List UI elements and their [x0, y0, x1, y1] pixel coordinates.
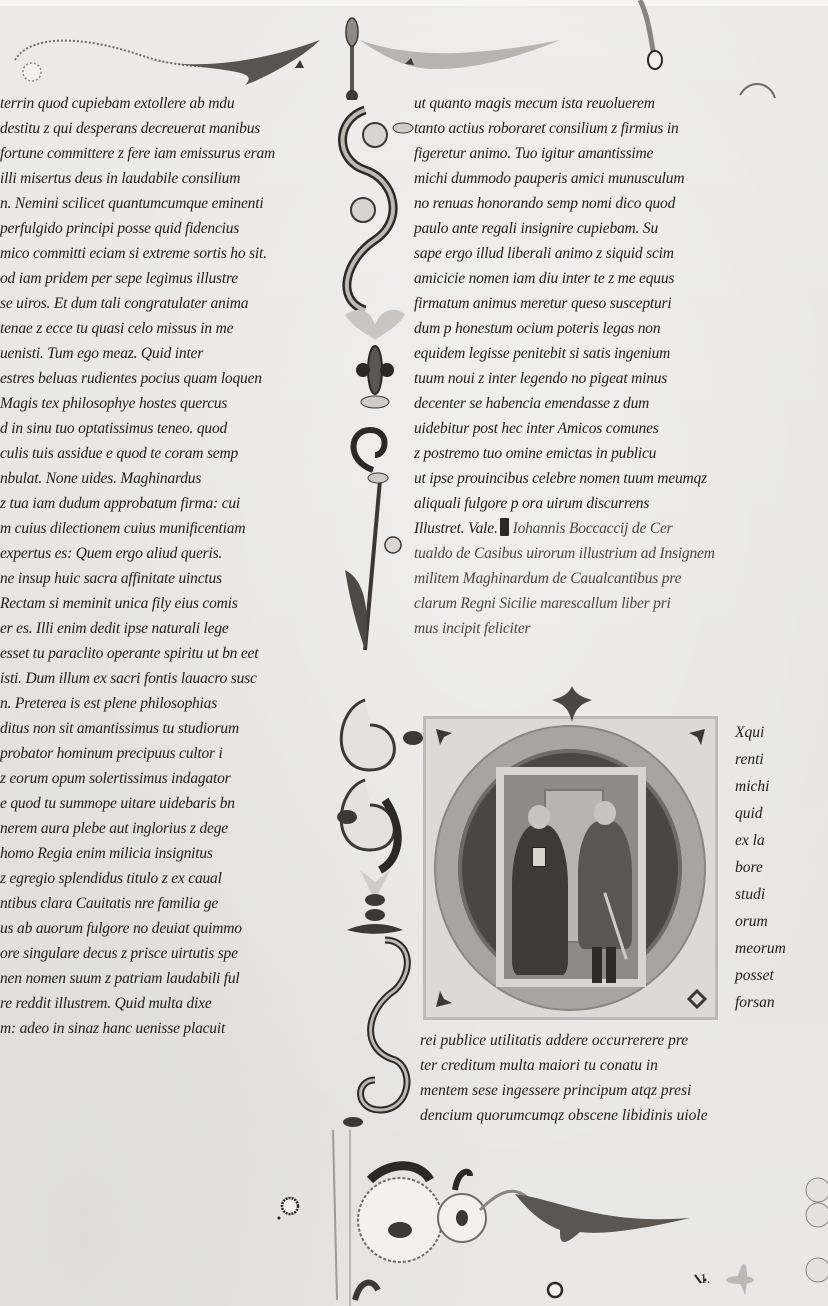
- figure-head: [528, 805, 550, 829]
- text-line: us ab auorum fulgore no deuiat quimmo: [0, 917, 242, 941]
- book-icon: [532, 847, 546, 867]
- text-line: uenisti. Tum ego meaz. Quid inter: [0, 342, 203, 366]
- rubric-line: mus incipit feliciter: [414, 617, 530, 641]
- text-line: meorum: [735, 940, 786, 958]
- text-line: paulo ante regali insignire cupiebam. Su: [414, 217, 658, 241]
- rubric-incipit: Iohannis Boccaccij de Cer: [513, 520, 673, 537]
- text-line: fortune committere z fere iam emissurus …: [0, 142, 275, 166]
- text-line: z eorum opum solertissimus indagator: [0, 767, 231, 791]
- text-line: culis tuis assidue e quod te coram semp: [0, 442, 238, 466]
- text-line: michi dummodo pauperis amici munusculum: [414, 167, 684, 191]
- text-line: tenae z ecce tu quasi celo missus in me: [0, 317, 233, 341]
- text-line: tuum noui z inter legendo no pigeat minu…: [414, 367, 667, 391]
- text-line: n. Preterea is est plene philosophias: [0, 692, 217, 716]
- text-line: e quod tu summope uitare uidebaris bn: [0, 792, 235, 816]
- text-line: ut quanto magis mecum ista reuoluerem: [414, 92, 655, 116]
- figure-legs: [592, 947, 616, 983]
- figure-head: [594, 801, 616, 825]
- closing-text: Illustret. Vale.: [414, 520, 498, 537]
- vine-border-ornament: [325, 10, 425, 1300]
- text-line: ut ipse prouincibus celebre nomen tuum m…: [414, 467, 707, 491]
- text-line: d in sinu tuo optatissimus teneo. quod: [0, 417, 227, 441]
- folio-mark: 1.: [700, 1272, 711, 1288]
- text-line: studi: [735, 886, 765, 904]
- text-line: uidebitur post hec inter Amicos comunes: [414, 417, 659, 441]
- text-line: z egregio splendidus titulo z ex caual: [0, 867, 222, 891]
- text-line: isti. Dum illum ex sacri fontis lauacro …: [0, 667, 257, 691]
- corner-leaf-icon: [434, 727, 454, 747]
- text-line: re reddit illustrem. Quid multa dixe: [0, 992, 212, 1016]
- text-line: dencium quorumcumqz obscene libidinis ui…: [420, 1107, 708, 1125]
- text-line: illi misertus deus in laudabile consiliu…: [0, 167, 240, 191]
- text-line: firmatum animus meretur queso suscepturi: [414, 292, 672, 316]
- knight-figure: [578, 821, 632, 949]
- text-line: figeretur animo. Tuo igitur amantissime: [414, 142, 653, 166]
- text-line: Magis tex philosophye hostes quercus: [0, 392, 227, 416]
- text-line: aliquali fulgore p ora uirum discurrens: [414, 492, 649, 516]
- text-line: destitu z qui desperans decreuerat manib…: [0, 117, 260, 141]
- text-line: m: adeo in sinaz hanc uenisse placuit: [0, 1017, 225, 1041]
- rubric-line: clarum Regni Sicilie marescallum liber p…: [414, 592, 671, 616]
- text-line: quid: [735, 805, 763, 823]
- text-line: tanto actius roboraret consilium z firmi…: [414, 117, 679, 141]
- rubric-line: tualdo de Casibus uirorum illustrium ad …: [414, 542, 715, 566]
- corner-leaf-icon: [434, 989, 454, 1009]
- text-line: no renuas honorando semp nomi dico quod: [414, 192, 675, 216]
- text-line: ne insup huic sacra affinitate uinctus: [0, 567, 222, 591]
- text-line: Rectam si meminit unica fily eius comis: [0, 592, 238, 616]
- corner-leaf-icon: [687, 989, 707, 1009]
- text-line: decenter se habencia emendasse z dum: [414, 392, 649, 416]
- rubric-line: militem Maghinardum de Caualcantibus pre: [414, 567, 681, 591]
- paragraph-mark-icon: [500, 518, 509, 536]
- text-line: estres beluas rudientes pocius quam loqu…: [0, 367, 262, 391]
- text-line: dum p honestum ocium poteris legas non: [414, 317, 660, 341]
- text-line: n. Nemini scilicet quantumcumque eminent…: [0, 192, 263, 216]
- text-line: nbulat. None uides. Maghinardus: [0, 467, 201, 491]
- text-line: esset tu paraclito operante spiritu ut b…: [0, 642, 258, 666]
- text-line: posset: [735, 967, 774, 985]
- text-line: amicicie nomen iam diu inter te z me equ…: [414, 267, 674, 291]
- text-line: nen nomen suum z patriam laudabili ful: [0, 967, 240, 991]
- text-line: ore singulare decus z prisce uirtutis sp…: [0, 942, 238, 966]
- text-line: mentem sese ingessere principum atqz pre…: [420, 1082, 691, 1100]
- text-line: rei publice utilitatis addere occurrerer…: [420, 1032, 688, 1050]
- manuscript-page: terrin quod cupiebam extollere ab mdu de…: [0, 0, 828, 1306]
- text-line: ex la: [735, 832, 765, 850]
- text-line: ntibus clara Cauitatis nre familia ge: [0, 892, 218, 916]
- text-line: z postremo tuo omine emictas in publicu: [414, 442, 656, 466]
- illuminated-initial: [423, 716, 718, 1020]
- text-line: forsan: [735, 994, 775, 1012]
- miniature-scene: [496, 767, 646, 987]
- corner-leaf-icon: [687, 727, 707, 747]
- text-line: se uiros. Et dum tali congratulater anim…: [0, 292, 248, 316]
- text-line: perfulgido principi posse quid fidencius: [0, 217, 239, 241]
- scholar-figure: [512, 825, 568, 975]
- text-line: er es. Illi enim dedit ipse naturali leg…: [0, 617, 229, 641]
- text-line: Xqui: [735, 724, 764, 742]
- text-line: ditus non sit amantissimus tu studiorum: [0, 717, 239, 741]
- fleuron-top-icon: [552, 686, 592, 722]
- text-line: homo Regia enim milicia insignitus: [0, 842, 213, 866]
- text-line: Illustret. Vale.Iohannis Boccaccij de Ce…: [414, 517, 672, 541]
- text-line: renti: [735, 751, 764, 769]
- text-line: probator hominum precipuus cultor i: [0, 742, 223, 766]
- text-line: sape ergo illud liberali animo z siquid …: [414, 242, 674, 266]
- text-line: z tua iam dudum approbatum firma: cui: [0, 492, 240, 516]
- text-line: orum: [735, 913, 768, 931]
- text-line: michi: [735, 778, 769, 796]
- text-line: ter creditum multa maiori tu conatu in: [420, 1057, 658, 1075]
- text-line: terrin quod cupiebam extollere ab mdu: [0, 92, 234, 116]
- text-line: expertus es: Quem ergo aliud queris.: [0, 542, 222, 566]
- text-line: equidem legisse penitebit si satis ingen…: [414, 342, 670, 366]
- text-line: bore: [735, 859, 763, 877]
- text-line: nerem aura plebe aut inglorius z dege: [0, 817, 228, 841]
- text-line: m cuius dilectionem cuius munificentiam: [0, 517, 245, 541]
- text-line: od iam pridem per sepe legimus illustre: [0, 267, 238, 291]
- text-line: mico committi eciam si extreme sortis ho…: [0, 242, 267, 266]
